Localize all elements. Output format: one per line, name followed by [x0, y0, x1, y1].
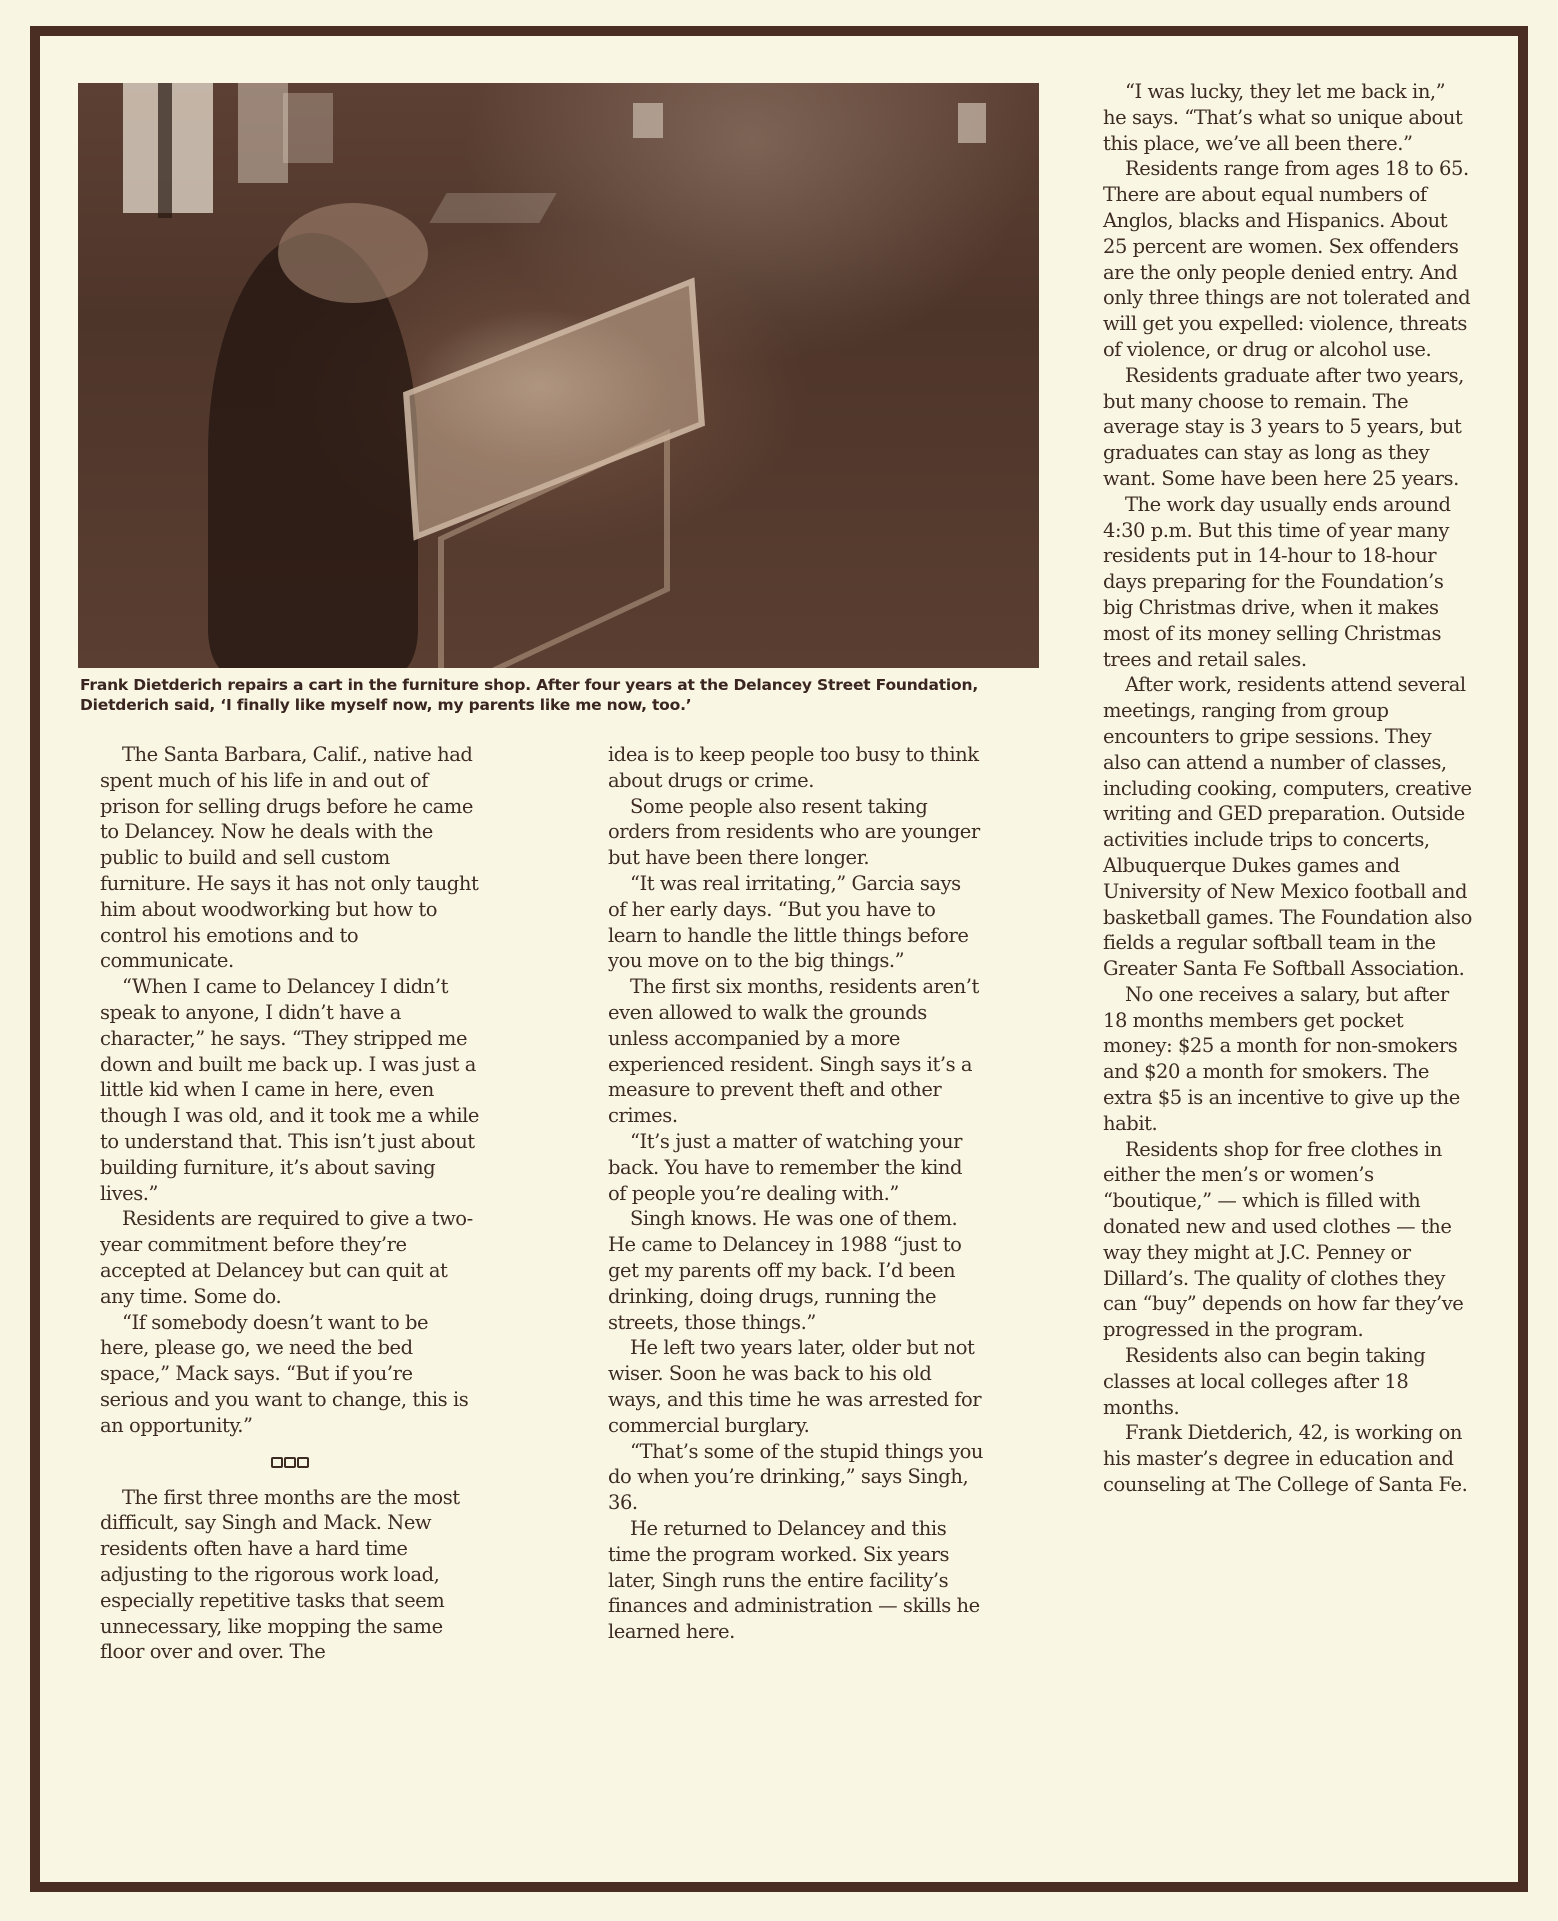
window-back — [633, 103, 663, 138]
paragraph: The first three months are the most diff… — [100, 1485, 480, 1666]
paragraph: Residents range from ages 18 to 65. Ther… — [1103, 156, 1473, 362]
paragraph: Frank Dietderich, 42, is working on his … — [1103, 1420, 1473, 1497]
article-column-3: “I was lucky, they let me back in,” he s… — [1103, 79, 1473, 1498]
paragraph: “I was lucky, they let me back in,” he s… — [1103, 79, 1473, 156]
worker-head — [278, 203, 428, 303]
paragraph: “If somebody doesn’t want to be here, pl… — [100, 1310, 480, 1439]
paragraph: The work day usually ends around 4:30 p.… — [1103, 492, 1473, 673]
paragraph: “It’s just a matter of watching your bac… — [608, 1129, 983, 1206]
paragraph: No one receives a salary, but after 18 m… — [1103, 982, 1473, 1137]
paragraph: The first six months, residents aren’t e… — [608, 974, 983, 1129]
paragraph: The Santa Barbara, Calif., native had sp… — [100, 742, 480, 974]
section-break-dingbat — [100, 1453, 480, 1473]
paragraph: Singh knows. He was one of them. He came… — [608, 1206, 983, 1335]
article-column-2: idea is to keep people too busy to think… — [608, 742, 983, 1645]
article-column-1: The Santa Barbara, Calif., native had sp… — [100, 742, 480, 1665]
paragraph: After work, residents attend several mee… — [1103, 672, 1473, 982]
paragraph: “That’s some of the stupid things you do… — [608, 1439, 983, 1516]
worker-figure — [208, 233, 418, 668]
window-mullion — [158, 83, 172, 218]
paragraph: “When I came to Delancey I didn’t speak … — [100, 974, 480, 1206]
paragraph-continued: idea is to keep people too busy to think… — [608, 742, 983, 794]
box-icon — [284, 1457, 296, 1468]
box-icon — [297, 1457, 309, 1468]
paragraph: Residents are required to give a two-yea… — [100, 1206, 480, 1309]
window-right — [958, 103, 986, 143]
paragraph: Residents also can begin taking classes … — [1103, 1343, 1473, 1420]
photo-caption: Frank Dietderich repairs a cart in the f… — [80, 675, 1050, 715]
workbench — [429, 193, 556, 223]
paragraph: He returned to Delancey and this time th… — [608, 1516, 983, 1645]
window-center — [238, 83, 288, 183]
box-icon — [271, 1457, 283, 1468]
paragraph: Residents graduate after two years, but … — [1103, 363, 1473, 492]
paragraph: He left two years later, older but not w… — [608, 1335, 983, 1438]
paragraph: Residents shop for free clothes in eithe… — [1103, 1137, 1473, 1343]
paragraph: “It was real irritating,” Garcia says of… — [608, 871, 983, 974]
window-center-2 — [283, 93, 333, 163]
paragraph: Some people also resent taking orders fr… — [608, 794, 983, 871]
furniture-shop-photo — [78, 83, 1039, 668]
